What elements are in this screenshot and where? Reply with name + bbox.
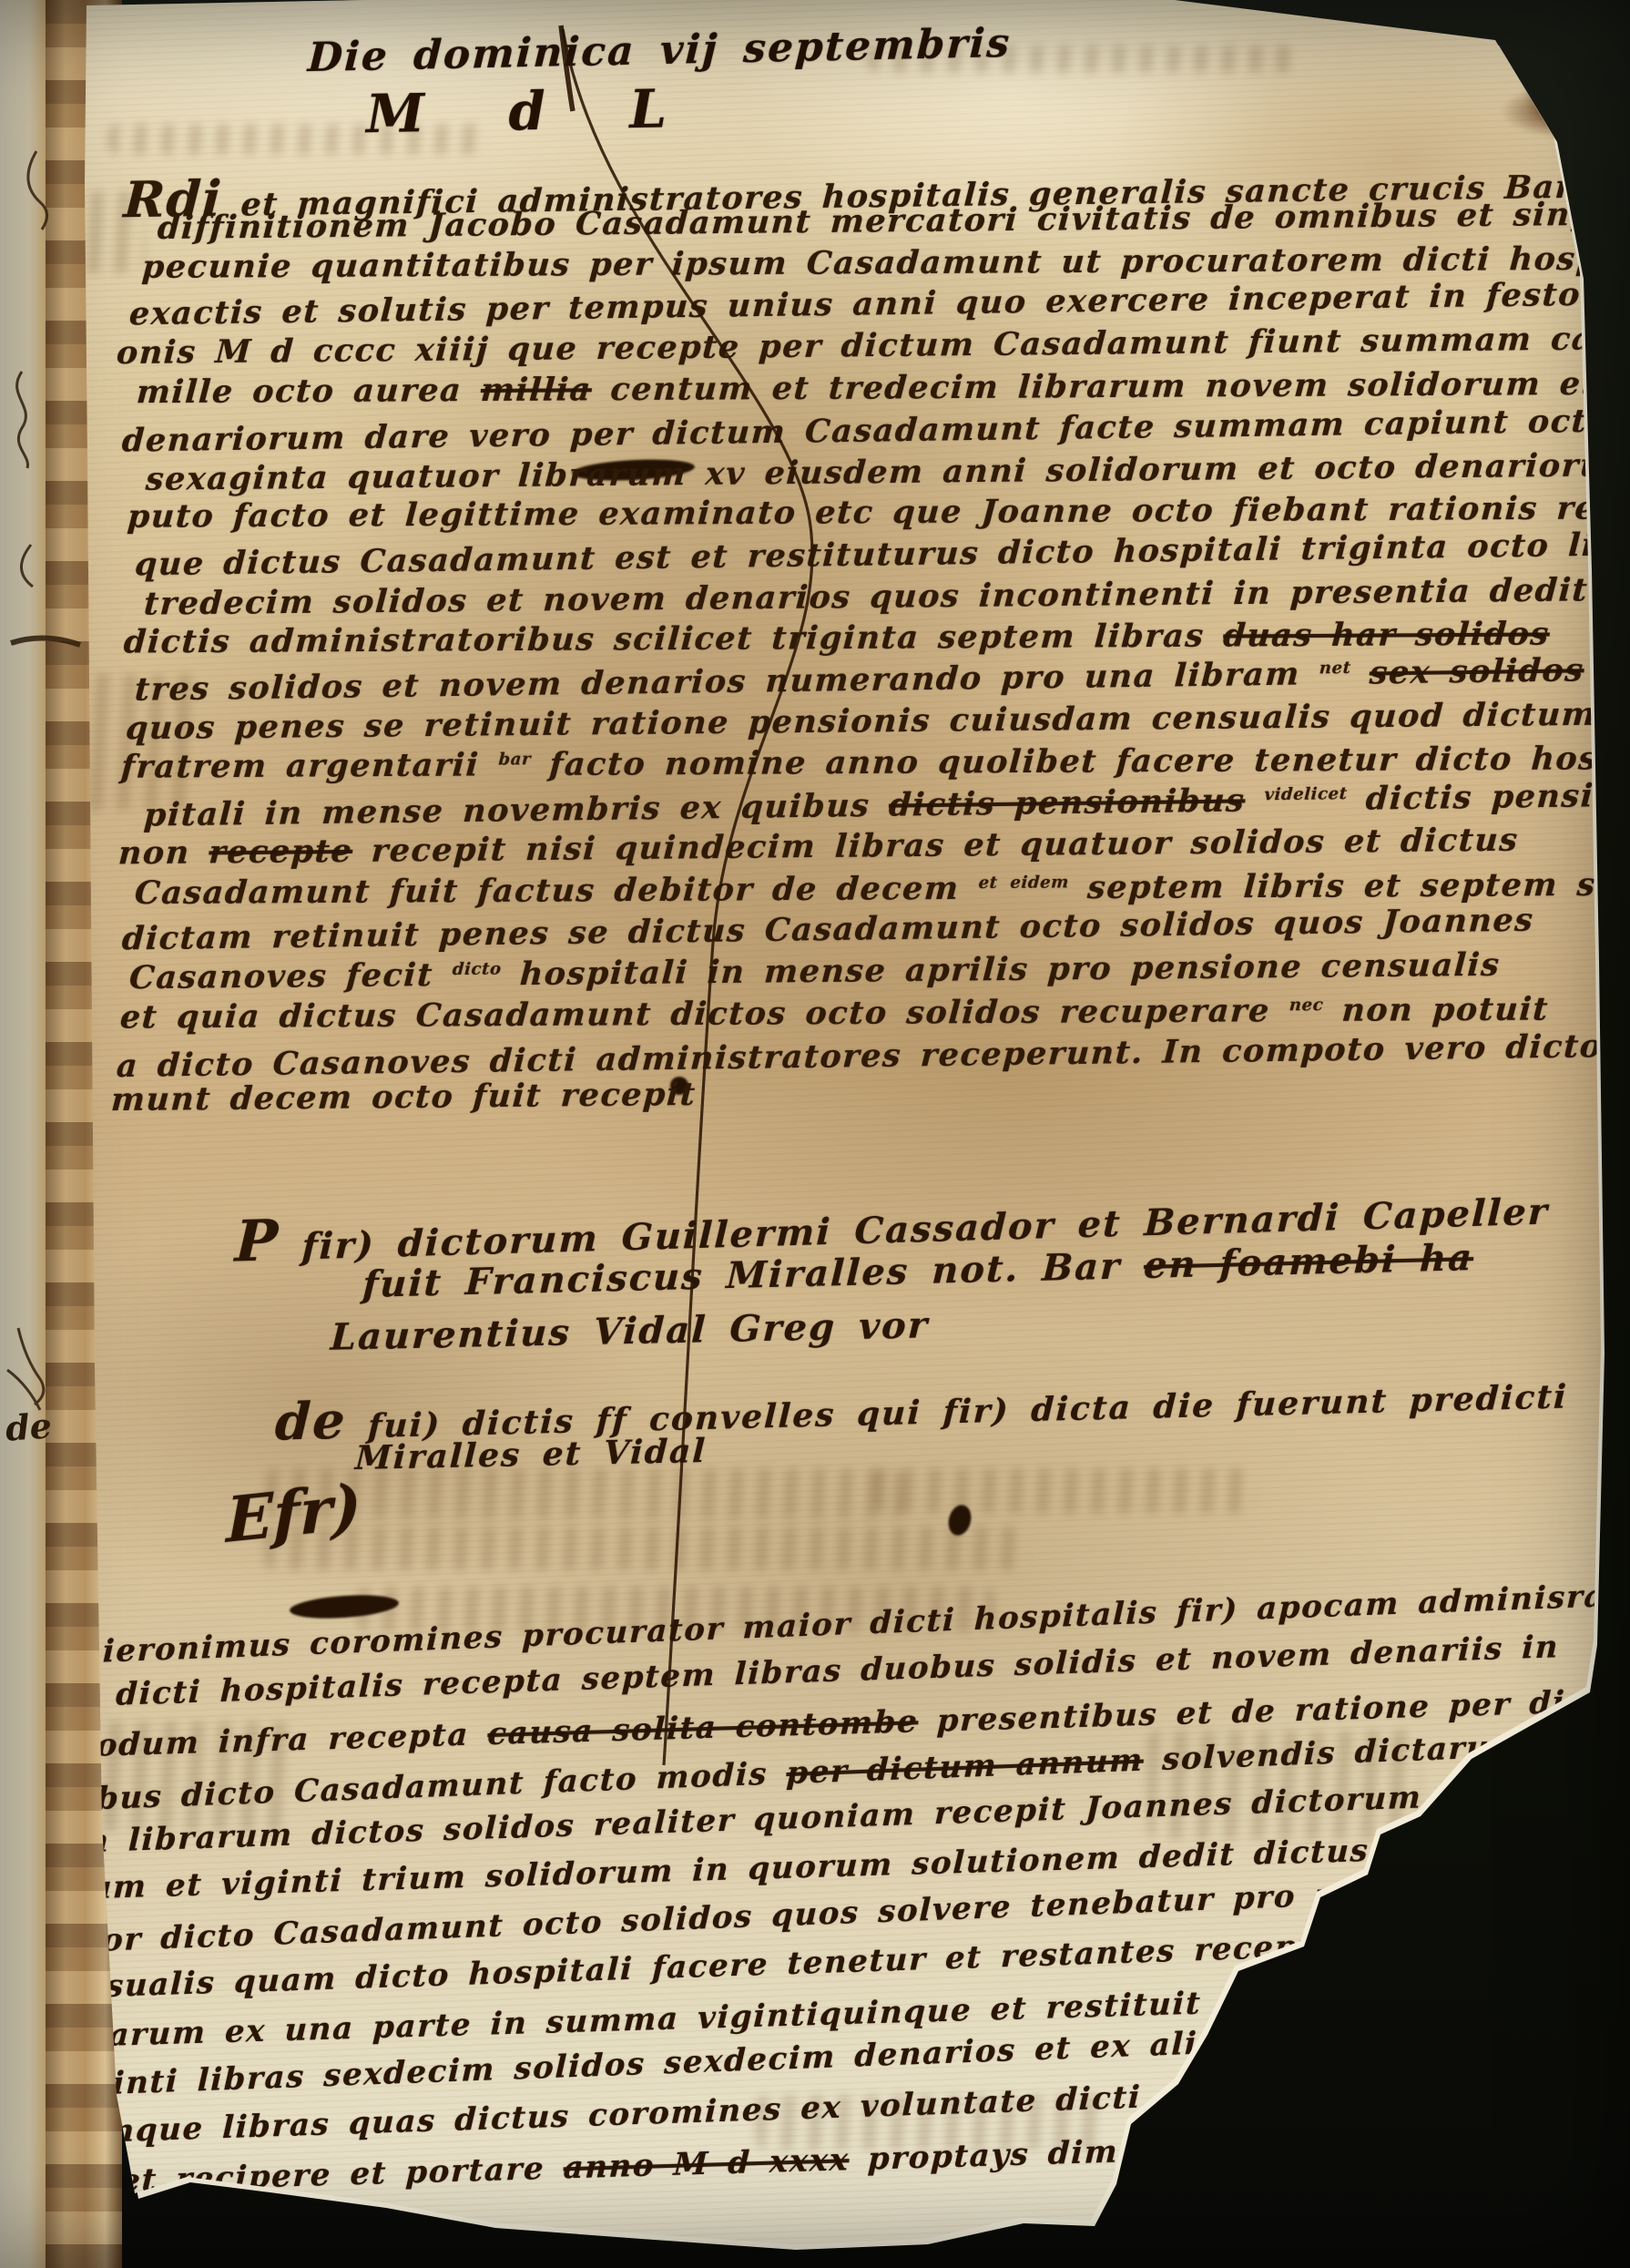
- photograph-background: Die dominica vij septembris M d L Rdi et…: [0, 0, 1630, 2268]
- struck-words: sex solidos: [1369, 651, 1585, 691]
- manuscript-text-line: munt decem octo fuit recepit: [110, 1075, 698, 1118]
- struck-words: recepte: [208, 833, 353, 872]
- ink-stain-top-right: [1501, 84, 1630, 138]
- interlinear-word: nec: [1289, 996, 1324, 1015]
- show-through-smudge: [874, 1468, 1257, 1514]
- initial-letter: de: [274, 1392, 348, 1453]
- margin-note: de: [4, 1405, 53, 1448]
- manuscript-page: Die dominica vij septembris M d L Rdi et…: [0, 0, 1630, 2268]
- notary-paraph: Efr): [226, 1470, 361, 1558]
- interlinear-word: bar: [498, 750, 532, 769]
- struck-words: duas har solidos: [1222, 615, 1551, 654]
- manuscript-text-line: Miralles et Vidal: [354, 1432, 708, 1477]
- struck-words: dictis pensionibus: [888, 782, 1247, 823]
- manuscript-text-line: et quia dictus Casadamunt dictos octo so…: [119, 990, 1551, 1036]
- year-mark: M d L: [365, 77, 699, 145]
- interlinear-word: net: [1319, 659, 1351, 678]
- manuscript-text-line: Laurentius Vidal Greg vor: [330, 1303, 930, 1359]
- struck-words: causa solita contombe: [487, 1703, 920, 1752]
- manuscript-text-line: fratrem argentarii bar facto nomine anno…: [120, 741, 1599, 786]
- initial-letter: P: [234, 1207, 281, 1274]
- interlinear-word: dicto: [452, 960, 502, 980]
- struck-words: anno M d xxxx: [563, 2141, 850, 2186]
- interlinear-word: videlicet: [1264, 784, 1348, 804]
- struck-words: millia: [480, 371, 594, 409]
- show-through-smudge: [264, 1527, 1029, 1570]
- struck-words: per dictum annum: [786, 1742, 1145, 1792]
- manuscript-text-line: dictis administratoribus scilicet trigin…: [123, 615, 1551, 660]
- manuscript-text-line: mille octo aurea millia centum et tredec…: [136, 364, 1630, 411]
- interlinear-word: et eidem: [978, 873, 1070, 893]
- struck-words: en foamebi ha: [1143, 1236, 1474, 1287]
